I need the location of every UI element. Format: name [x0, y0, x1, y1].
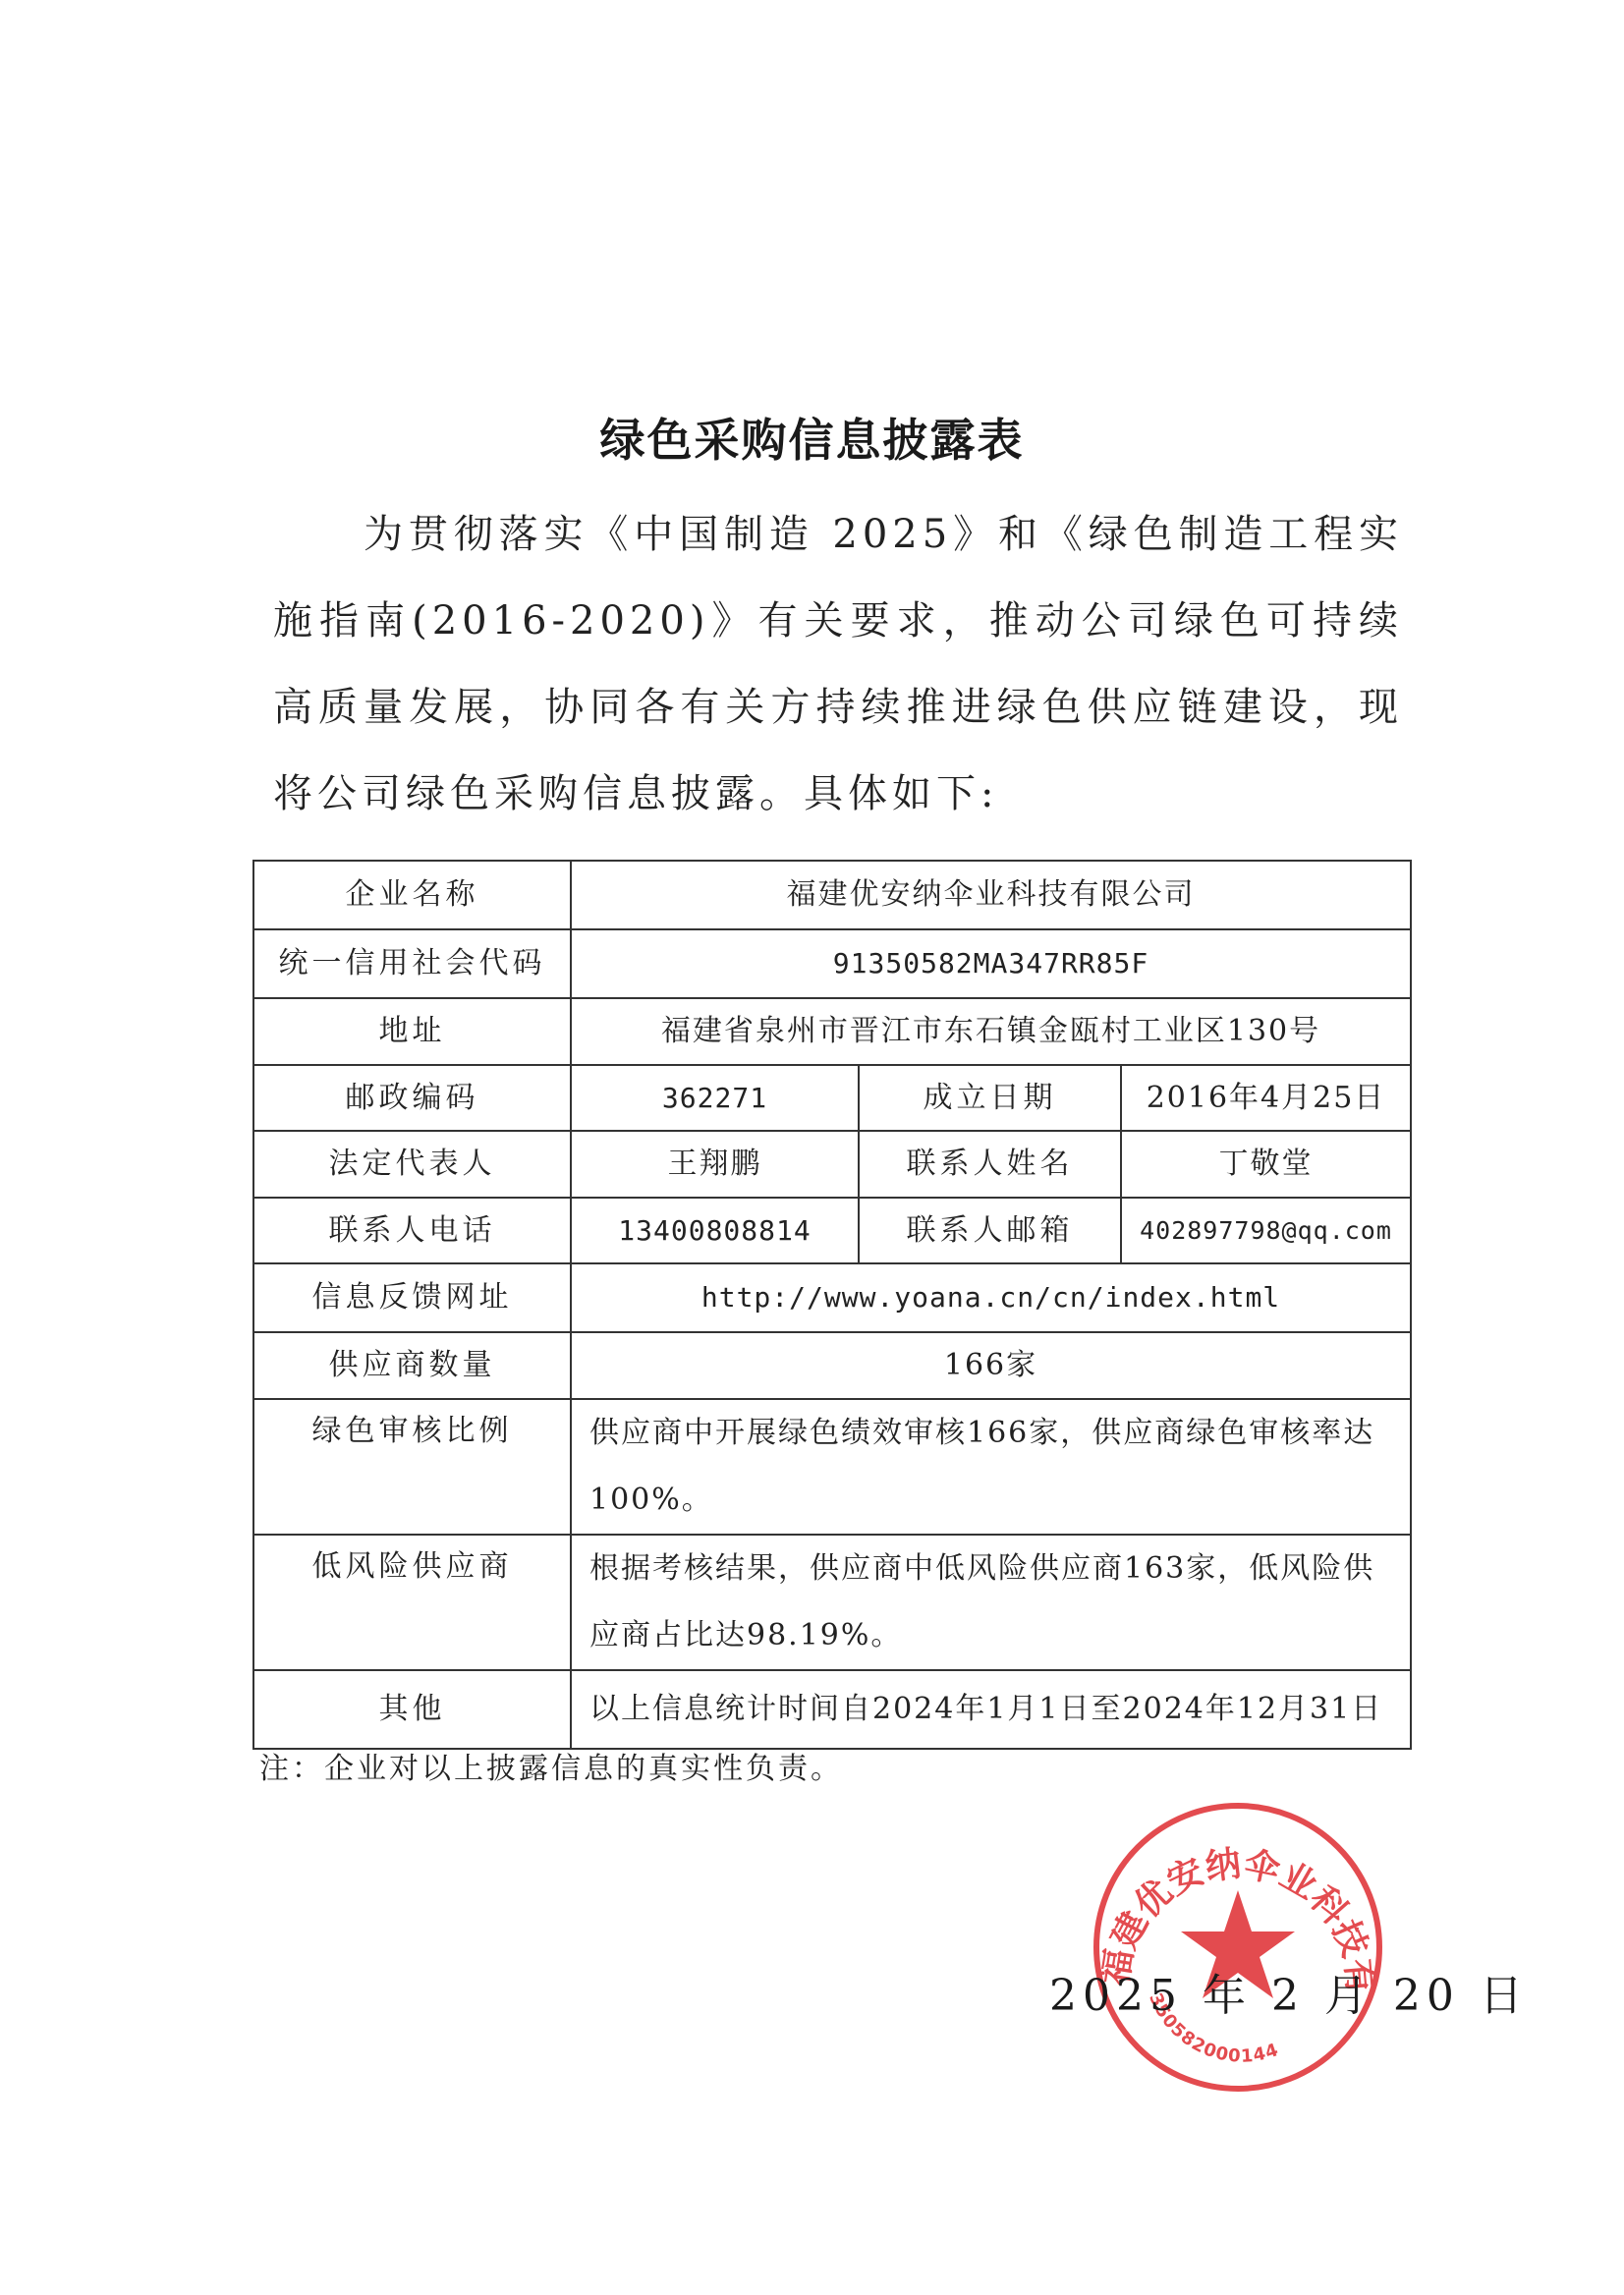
other-value: 以上信息统计时间自2024年1月1日至2024年12月31日 — [571, 1670, 1411, 1749]
contact-name-value: 丁敬堂 — [1121, 1131, 1411, 1198]
feedback-url-label: 信息反馈网址 — [253, 1263, 571, 1332]
green-audit-label: 绿色审核比例 — [253, 1399, 571, 1535]
postal-code-label: 邮政编码 — [253, 1065, 571, 1131]
intro-paragraph: 为贯彻落实《中国制造 2025》和《绿色制造工程实施指南(2016-2020)》… — [273, 491, 1403, 837]
signature-date: 2025 年 2 月 20 日 — [1049, 1960, 1529, 2023]
low-risk-value: 根据考核结果，供应商中低风险供应商163家，低风险供应商占比达98.19%。 — [571, 1535, 1411, 1670]
contact-phone-value: 13400808814 — [571, 1198, 859, 1263]
legal-rep-label: 法定代表人 — [253, 1131, 571, 1198]
founded-label: 成立日期 — [859, 1065, 1121, 1131]
disclaimer-note: 注：企业对以上披露信息的真实性负责。 — [259, 1744, 843, 1787]
contact-phone-label: 联系人电话 — [253, 1198, 571, 1263]
low-risk-label: 低风险供应商 — [253, 1535, 571, 1670]
company-name-value: 福建优安纳伞业科技有限公司 — [571, 861, 1411, 929]
table-row: 联系人电话 13400808814 联系人邮箱 402897798@qq.com — [253, 1198, 1411, 1263]
disclosure-table: 企业名称 福建优安纳伞业科技有限公司 统一信用社会代码 91350582MA34… — [252, 860, 1412, 1750]
table-row: 地址 福建省泉州市晋江市东石镇金瓯村工业区130号 — [253, 998, 1411, 1065]
credit-code-value: 91350582MA347RR85F — [571, 929, 1411, 998]
table-row: 低风险供应商 根据考核结果，供应商中低风险供应商163家，低风险供应商占比达98… — [253, 1535, 1411, 1670]
table-row: 企业名称 福建优安纳伞业科技有限公司 — [253, 861, 1411, 929]
feedback-url-value: http://www.yoana.cn/cn/index.html — [571, 1263, 1411, 1332]
table-row: 绿色审核比例 供应商中开展绿色绩效审核166家，供应商绿色审核率达100%。 — [253, 1399, 1411, 1535]
contact-email-label: 联系人邮箱 — [859, 1198, 1121, 1263]
table-row: 供应商数量 166家 — [253, 1332, 1411, 1399]
supplier-count-label: 供应商数量 — [253, 1332, 571, 1399]
table-row: 统一信用社会代码 91350582MA347RR85F — [253, 929, 1411, 998]
credit-code-label: 统一信用社会代码 — [253, 929, 571, 998]
table-row: 邮政编码 362271 成立日期 2016年4月25日 — [253, 1065, 1411, 1131]
other-label: 其他 — [253, 1670, 571, 1749]
company-seal-icon: 福建优安纳伞业科技有限公司 3505820001447 — [1081, 1800, 1395, 2095]
table-row: 信息反馈网址 http://www.yoana.cn/cn/index.html — [253, 1263, 1411, 1332]
address-label: 地址 — [253, 998, 571, 1065]
postal-code-value: 362271 — [571, 1065, 859, 1131]
address-value: 福建省泉州市晋江市东石镇金瓯村工业区130号 — [571, 998, 1411, 1065]
green-audit-value: 供应商中开展绿色绩效审核166家，供应商绿色审核率达100%。 — [571, 1399, 1411, 1535]
founded-value: 2016年4月25日 — [1121, 1065, 1411, 1131]
table-row: 其他 以上信息统计时间自2024年1月1日至2024年12月31日 — [253, 1670, 1411, 1749]
contact-name-label: 联系人姓名 — [859, 1131, 1121, 1198]
supplier-count-value: 166家 — [571, 1332, 1411, 1399]
table-row: 法定代表人 王翔鹏 联系人姓名 丁敬堂 — [253, 1131, 1411, 1198]
company-name-label: 企业名称 — [253, 861, 571, 929]
document-title: 绿色采购信息披露表 — [0, 405, 1624, 470]
contact-email-value: 402897798@qq.com — [1121, 1198, 1411, 1263]
legal-rep-value: 王翔鹏 — [571, 1131, 859, 1198]
